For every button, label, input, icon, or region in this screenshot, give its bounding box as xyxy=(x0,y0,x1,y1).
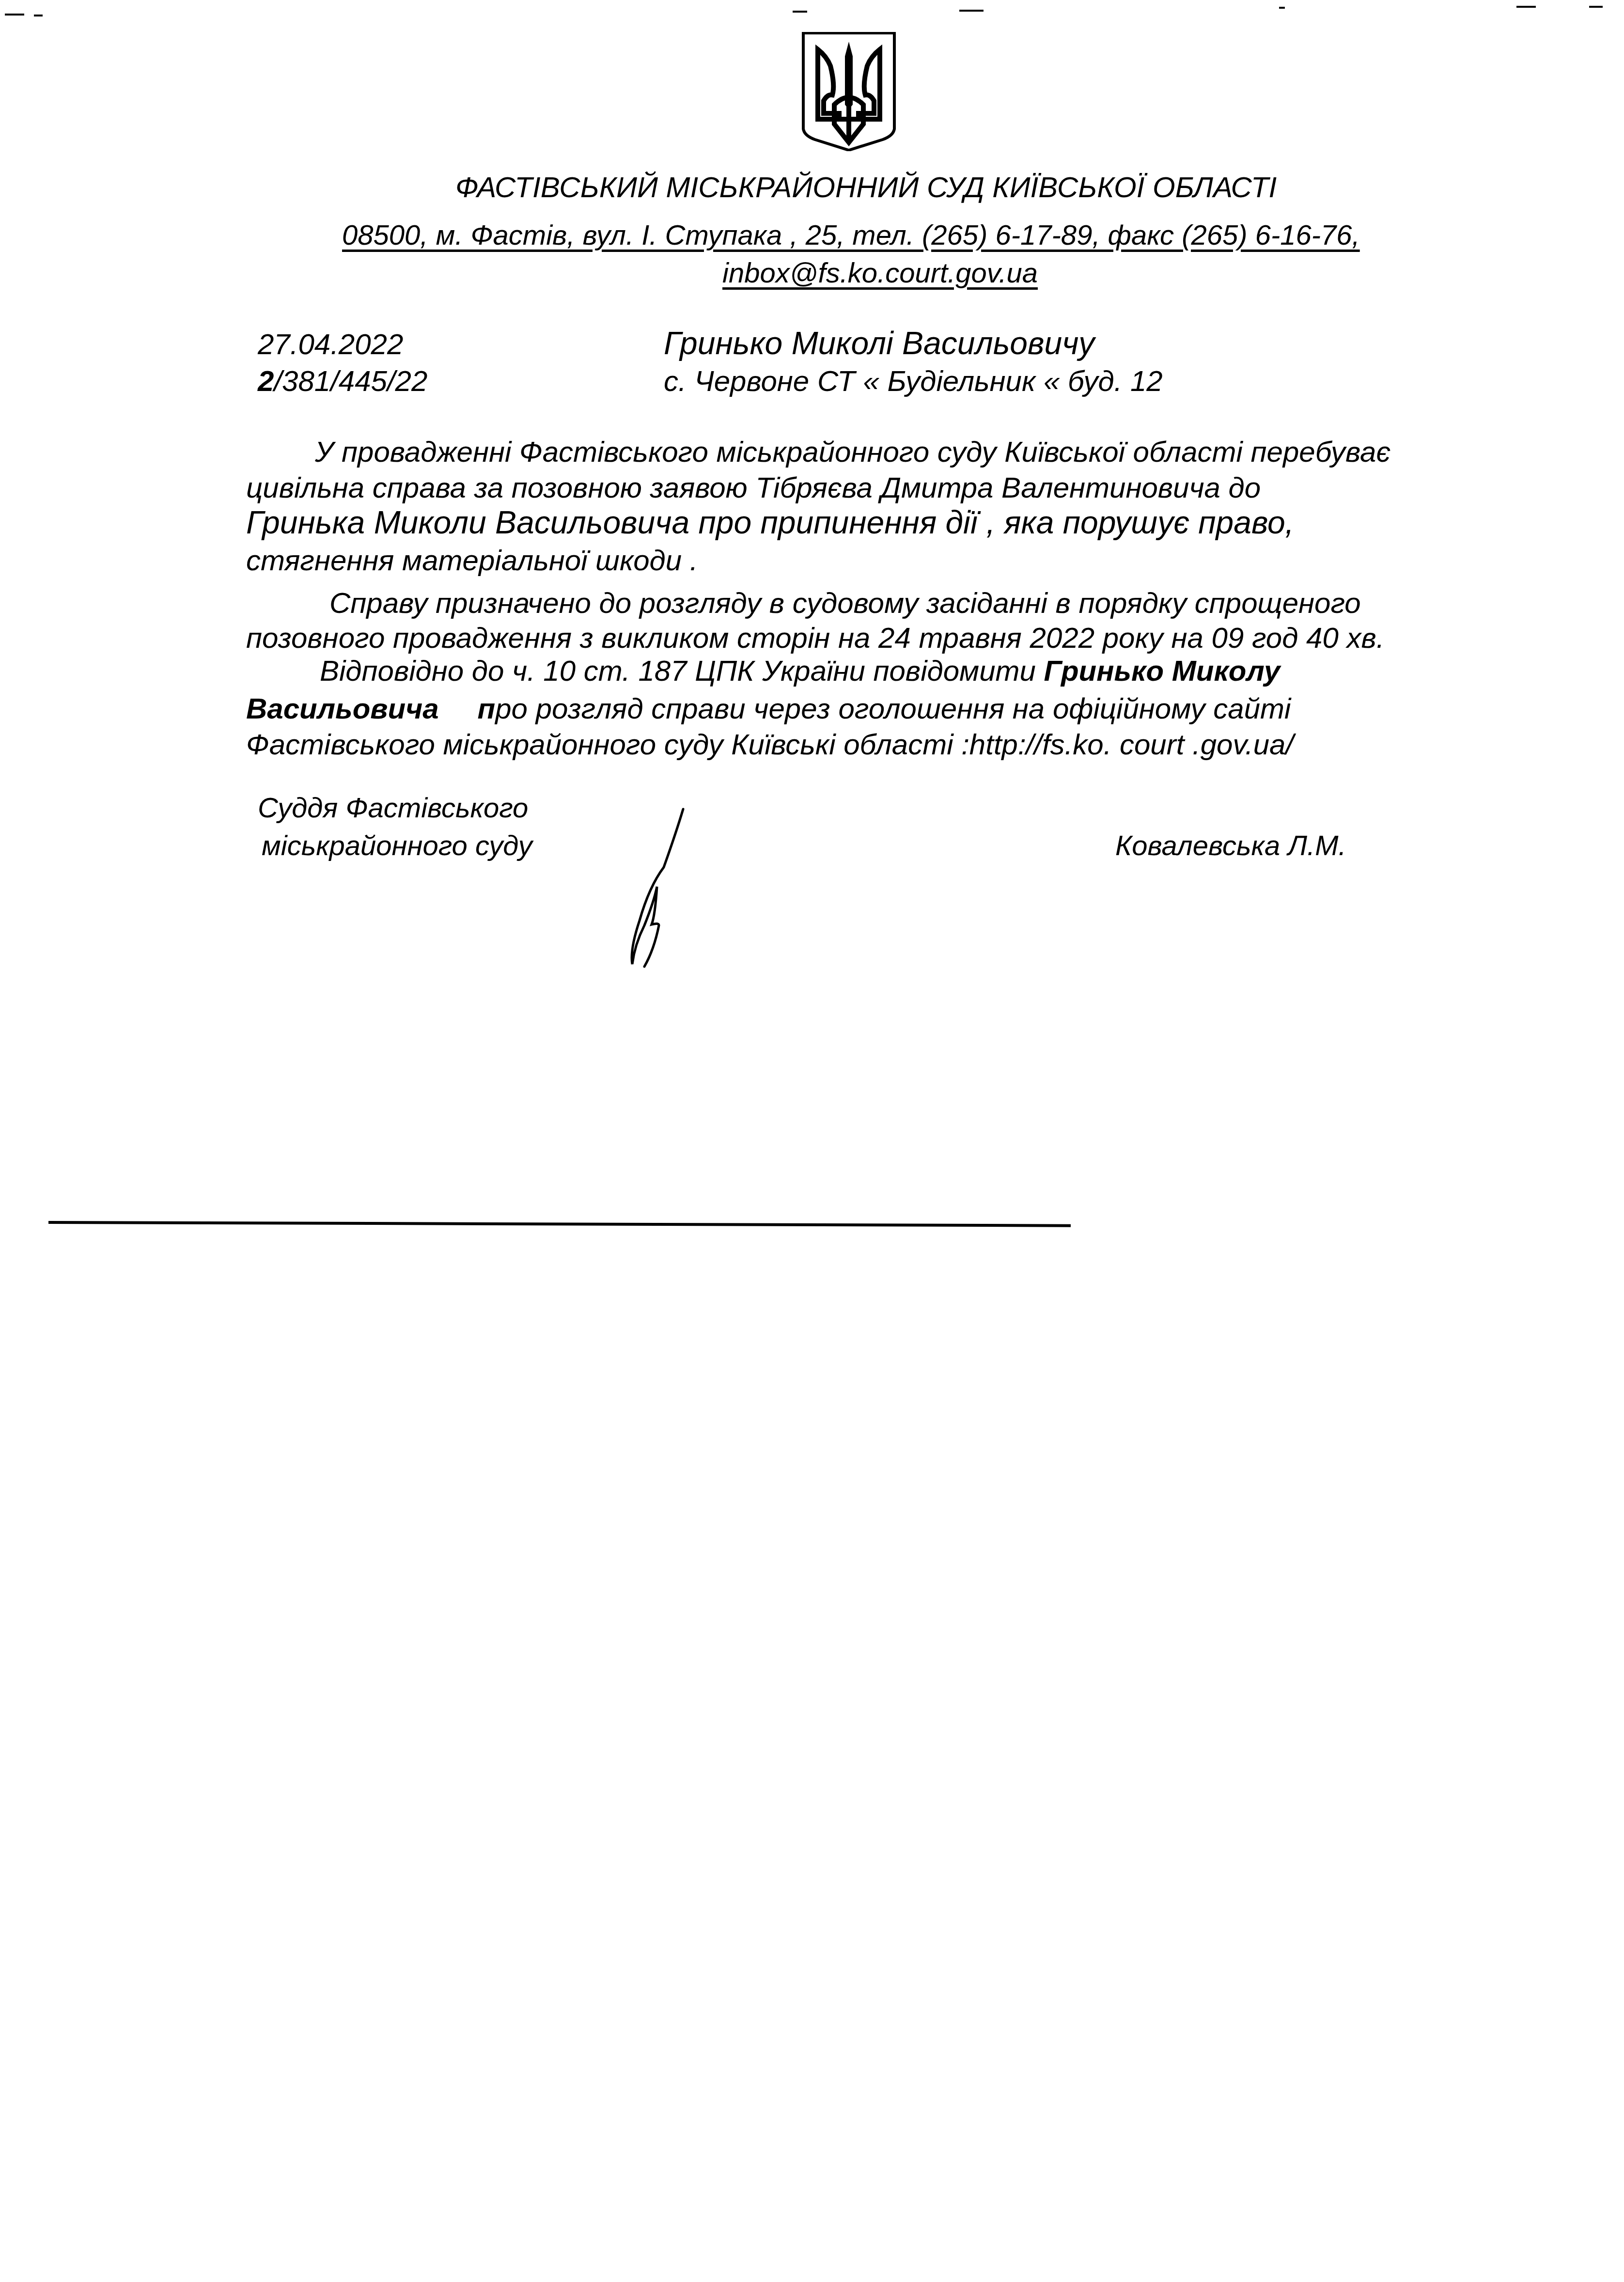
paragraph-2-line: Справу призначено до розгляду в судовому… xyxy=(329,586,1361,620)
defendant-name-bold: Гринько Миколу xyxy=(1044,655,1280,687)
court-name: ФАСТІВСЬКИЙ МІСЬКРАЙОННИЙ СУД КИЇВСЬКОЇ … xyxy=(455,171,1277,204)
signature-icon xyxy=(572,804,717,969)
letter-date: 27.04.2022 xyxy=(258,328,403,361)
notice-text: ро розгляд справи через оголошення на оф… xyxy=(495,692,1291,725)
paragraph-1-line: Гринька Миколи Васильовича про припиненн… xyxy=(246,504,1294,541)
recipient-name: Гринько Миколі Васильовичу xyxy=(664,325,1094,361)
scan-artifact xyxy=(793,11,807,13)
court-email: inbox@fs.ko.court.gov.ua xyxy=(722,257,1038,289)
coat-of-arms-icon xyxy=(800,32,897,151)
scan-artifact xyxy=(959,10,984,12)
case-reference-number: /381/445/22 xyxy=(274,365,427,397)
paragraph-2-line: позовного провадження з викликом сторін … xyxy=(246,621,1384,655)
scan-artifact xyxy=(5,14,24,16)
paragraph-1-line: стягнення матеріальної шкоди . xyxy=(246,544,698,577)
case-reference: 2/381/445/22 xyxy=(258,364,427,398)
paragraph-3-line: Васильовичапро розгляд справи через огол… xyxy=(246,692,1291,725)
court-address: 08500, м. Фастів, вул. І. Ступака , 25, … xyxy=(342,219,1360,251)
paragraph-1-line: У провадженні Фастівського міськрайонног… xyxy=(315,435,1390,469)
defendant-patronymic-bold: Васильовича xyxy=(246,692,439,725)
scan-artifact xyxy=(34,15,43,16)
judge-title: Суддя Фастівського xyxy=(258,792,528,824)
judge-title: міськрайонного суду xyxy=(262,829,532,862)
paragraph-3-line: Відповідно до ч. 10 ст. 187 ЦПК України … xyxy=(320,654,1280,688)
scan-artifact xyxy=(1516,6,1536,8)
bold-letter: п xyxy=(478,692,496,725)
paragraph-1-line: цивільна справа за позовною заявою Тібря… xyxy=(246,471,1261,504)
judge-name: Ковалевська Л.М. xyxy=(1115,829,1346,862)
horizontal-rule xyxy=(48,1221,1071,1227)
recipient-address: с. Червоне СТ « Будіельник « буд. 12 xyxy=(664,364,1163,398)
scan-artifact xyxy=(1589,6,1603,8)
notice-text: Відповідно до ч. 10 ст. 187 ЦПК України … xyxy=(320,655,1044,687)
paragraph-3-line: Фастівського міськрайонного суду Київськ… xyxy=(246,728,1294,761)
case-reference-prefix: 2 xyxy=(258,365,274,397)
scan-artifact xyxy=(1279,7,1285,9)
